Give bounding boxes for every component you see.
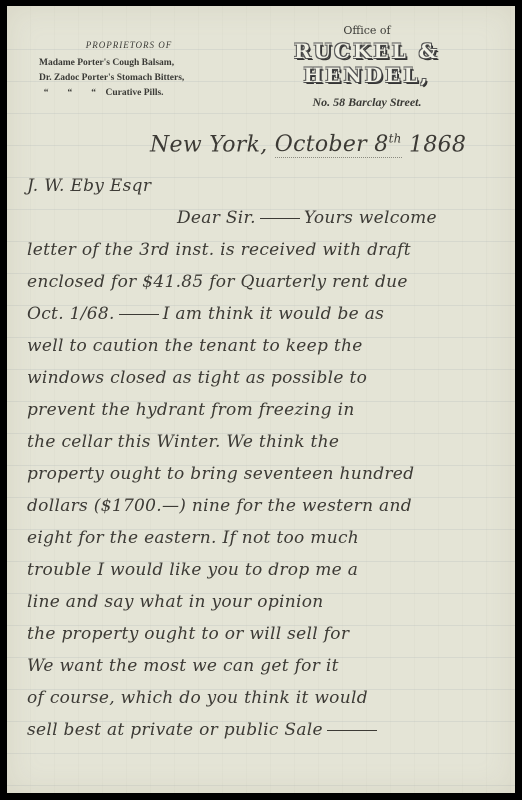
salutation: Dear Sir. [177,208,256,228]
letter-page: PROPRIETORS OF Madame Porter's Cough Bal… [7,6,515,793]
salutation-line: Dear Sir.Yours welcome [177,208,437,228]
proprietors-label: PROPRIETORS OF [39,40,219,50]
body-line: trouble I would like you to drop me a [27,560,358,580]
body-line: of course, which do you think it would [27,688,368,708]
body-line: Oct. 1/68.I am think it would be as [27,304,384,324]
product-item: “ “ “ Curative Pills. [39,86,219,101]
body-line: the cellar this Winter. We think the [27,432,339,452]
product-item: Dr. Zadoc Porter's Stomach Bitters, [39,71,219,86]
letter-date-month: October 8th [275,132,402,158]
body-line: line and say what in your opinion [27,592,324,612]
letterhead-proprietors: PROPRIETORS OF Madame Porter's Cough Bal… [39,40,219,101]
body-line: sell best at private or public Sale [27,720,381,740]
body-line: property ought to bring seventeen hundre… [27,464,414,484]
firm-address: No. 58 Barclay Street. [232,95,502,110]
body-line: enclosed for $41.85 for Quarterly rent d… [27,272,408,292]
letterhead-firm: Office of RUCKEL & HENDEL, No. 58 Barcla… [232,24,502,110]
letter-place: New York, [150,132,268,157]
firm-name: RUCKEL & HENDEL, [232,39,502,87]
body-line: prevent the hydrant from freezing in [27,400,355,420]
letter-date: New York, October 8th 1868 [150,132,466,157]
body-line: well to caution the tenant to keep the [27,336,363,356]
body-line: eight for the eastern. If not too much [27,528,359,548]
letter-year: 1868 [409,132,466,157]
product-item: Madame Porter's Cough Balsam, [39,56,219,71]
body-line: windows closed as tight as possible to [27,368,367,388]
addressee: J. W. Eby Esqr [27,176,151,196]
body-line: dollars ($1700.—) nine for the western a… [27,496,412,516]
office-of-label: Office of [232,24,502,37]
body-line: the property ought to or will sell for [27,624,349,644]
body-line: We want the most we can get for it [27,656,339,676]
body-line: letter of the 3rd inst. is received with… [27,240,411,260]
